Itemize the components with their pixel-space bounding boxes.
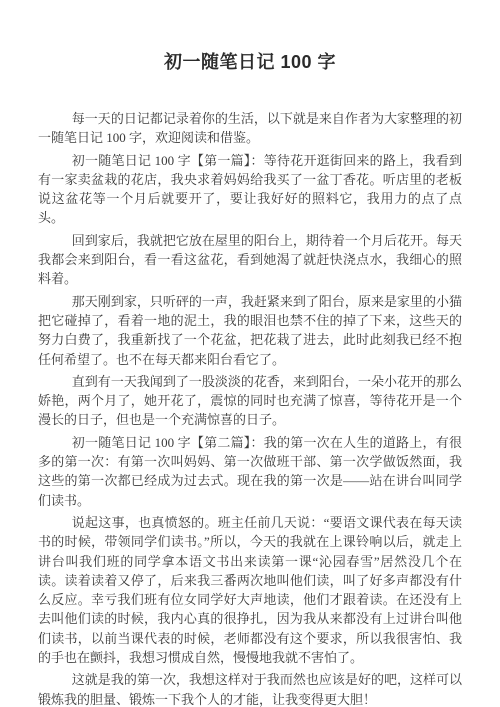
paragraph-essay1-p1: 初一随笔日记 100 字【第一篇】：等待花开逛街回来的路上，我看到有一家卖盆栽的… (38, 151, 462, 228)
document-body: 每一天的日记都记录着你的生活，以下就是来自作者为大家整理的初一随笔日记 100 … (0, 109, 500, 707)
paragraph-intro: 每一天的日记都记录着你的生活，以下就是来自作者为大家整理的初一随笔日记 100 … (38, 109, 462, 148)
paragraph-essay2-p2: 说起这事，也真愤怒的。班主任前几天说：“要语文课代表在每天读书的时候，带领同学们… (38, 513, 462, 667)
document-title: 初一随笔日记 100 字 (0, 50, 500, 74)
paragraph-essay1-p4: 直到有一天我闻到了一股淡淡的花香，来到阳台，一朵小花开的那么娇艳，两个月了，她开… (38, 372, 462, 430)
document-page: 初一随笔日记 100 字 每一天的日记都记录着你的生活，以下就是来自作者为大家整… (0, 0, 500, 707)
paragraph-essay1-p3: 那天刚到家，只听砰的一声，我赶紧来到了阳台，原来是家里的小猫把它碰掉了，看着一地… (38, 292, 462, 369)
paragraph-essay2-p1: 初一随笔日记 100 字【第二篇】：我的第一次在人生的道路上，有很多的第一次：有… (38, 433, 462, 510)
paragraph-essay2-p3: 这就是我的第一次，我想这样对于我而然也应该是好的吧，这样可以锻炼我的胆量、锻炼一… (38, 670, 462, 707)
paragraph-essay1-p2: 回到家后，我就把它放在屋里的阳台上，期待着一个月后花开。每天我都会来到阳台，看一… (38, 231, 462, 289)
